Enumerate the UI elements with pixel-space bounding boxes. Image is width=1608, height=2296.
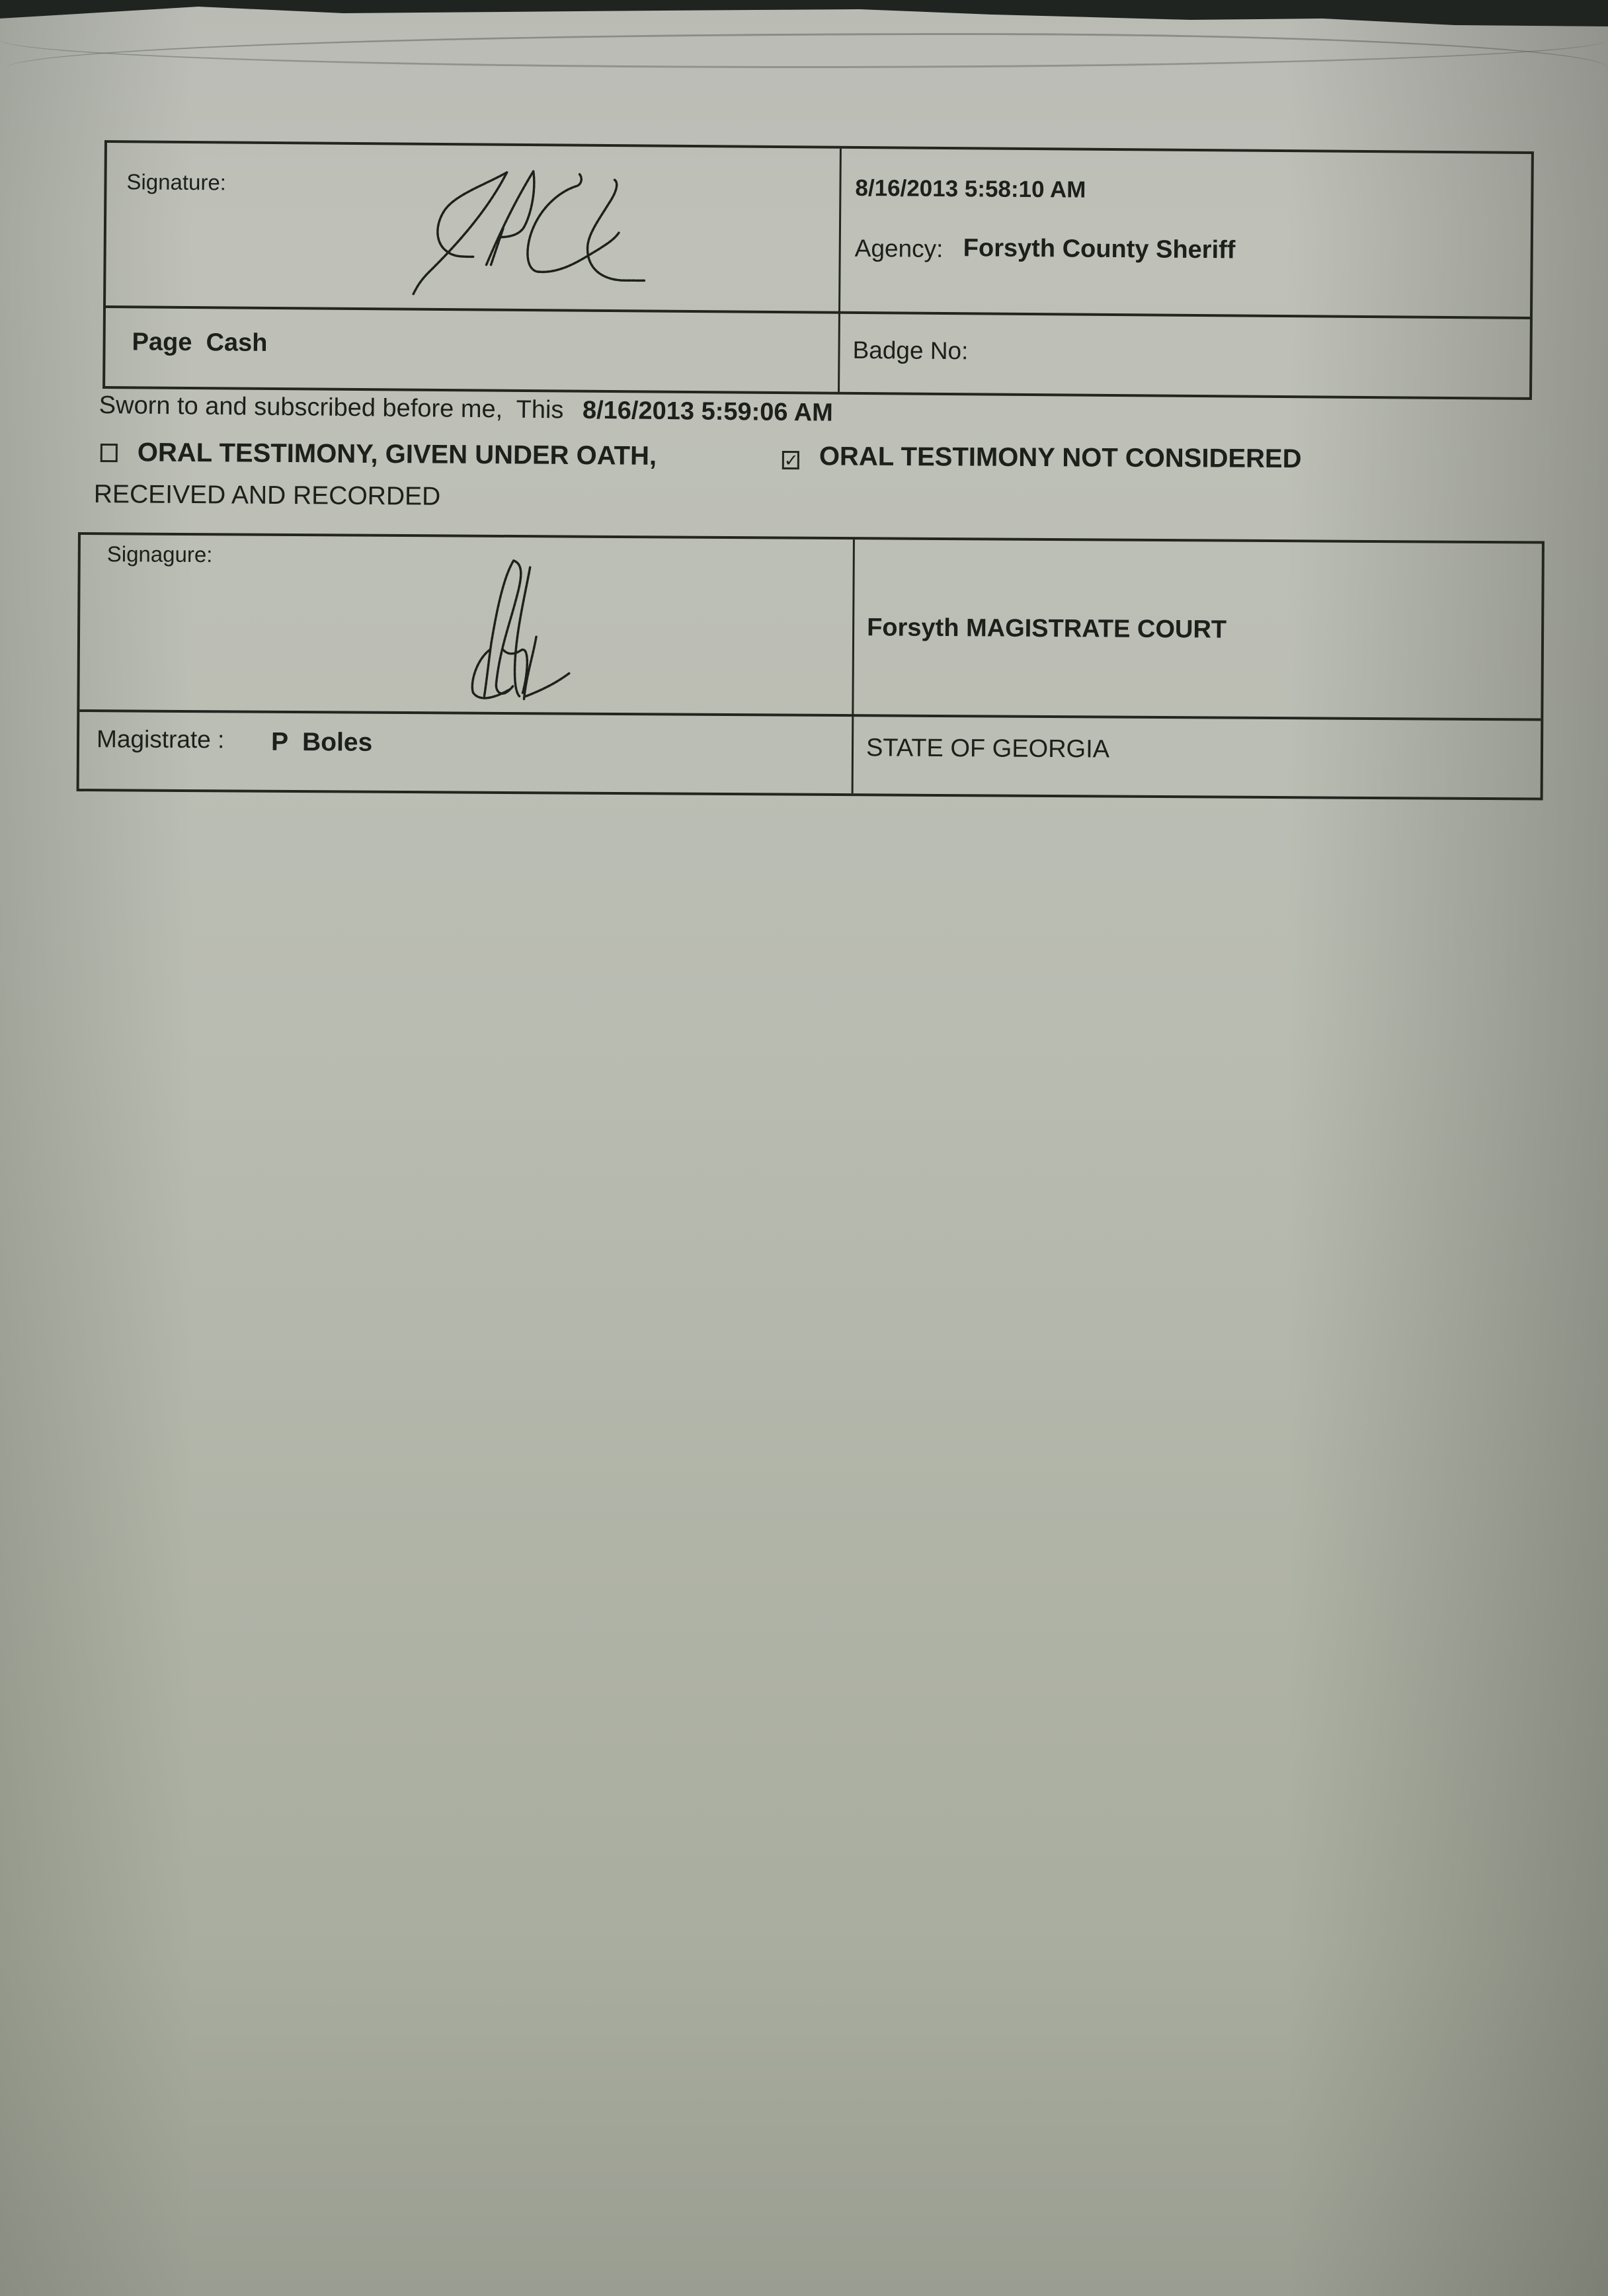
officer-signed-datetime: 8/16/2013 5:58:10 AM [855,175,1086,204]
magistrate-signature-label: Signagure: [107,541,213,567]
checkbox-unchecked-icon[interactable] [100,444,118,462]
document-page: Signature: 8/16/2013 5:58:10 AM Agency: … [0,0,1608,2296]
signature-label: Signature: [126,169,226,195]
oath-option-label: ORAL TESTIMONY NOT CONSIDERED [819,442,1302,473]
officer-signature-cell: Signature: [106,143,840,311]
magistrate-signature-table: Signagure: Forsyth MAGISTRATE COURT Magi… [77,532,1545,801]
officer-signature-table: Signature: 8/16/2013 5:58:10 AM Agency: … [102,140,1534,400]
magistrate-signature-cell: Signagure: [79,535,853,714]
magistrate-name-cell: Magistrate : P Boles [79,712,852,795]
officer-name-cell: Page Cash [105,308,838,393]
court-name: Forsyth MAGISTRATE COURT [867,614,1226,644]
badge-cell: Badge No: [838,314,1533,399]
state-name: STATE OF GEORGIA [866,734,1109,764]
sworn-text: Sworn to and subscribed before me, This [99,391,564,424]
state-cell: STATE OF GEORGIA [852,717,1540,799]
officer-details-cell: 8/16/2013 5:58:10 AM Agency: Forsyth Cou… [838,149,1534,317]
sworn-datetime: 8/16/2013 5:59:06 AM [583,397,833,427]
magistrate-name: P Boles [271,728,372,758]
sworn-statement: Sworn to and subscribed before me, This … [99,391,833,428]
court-name-cell: Forsyth MAGISTRATE COURT [852,539,1541,718]
checkbox-checked-icon[interactable]: ✓ [782,451,799,469]
agency-value: Forsyth County Sheriff [963,234,1236,264]
oath-option-under-oath[interactable]: ORAL TESTIMONY, GIVEN UNDER OATH, [100,438,657,471]
officer-handwritten-signature-icon [337,165,801,300]
officer-name: Page Cash [132,328,267,358]
magistrate-label: Magistrate : [97,725,225,754]
magistrate-handwritten-signature-icon [450,550,635,710]
badge-label: Badge No: [852,336,968,365]
received-and-recorded-text: RECEIVED AND RECORDED [94,480,441,512]
oath-option-label: ORAL TESTIMONY, GIVEN UNDER OATH, [138,438,657,470]
oath-option-not-considered[interactable]: ✓ORAL TESTIMONY NOT CONSIDERED [782,442,1302,474]
agency-label: Agency: [855,235,944,263]
